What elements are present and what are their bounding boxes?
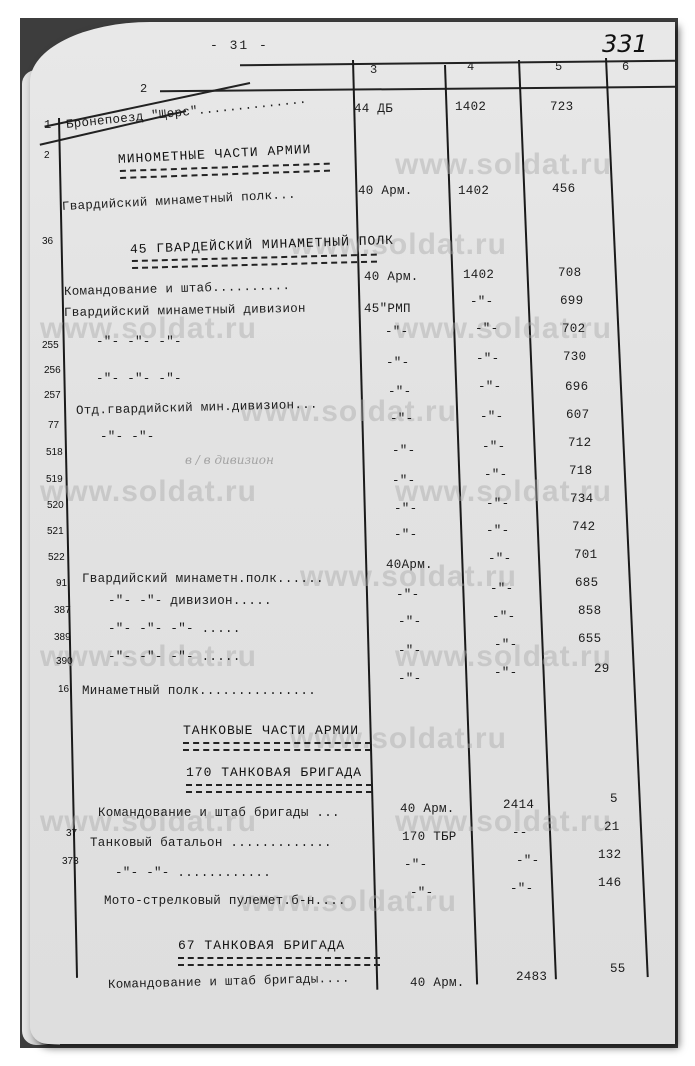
row-col4: 1402 — [463, 268, 494, 282]
row-col5: 21 — [604, 820, 620, 834]
section-heading-170-tank-brigade: 170 ТАНКОВАЯ БРИГАДА — [186, 765, 362, 780]
row-col4: -"- — [488, 552, 511, 566]
row-number: 36 — [42, 236, 53, 247]
row-col5: 132 — [598, 848, 621, 862]
row-number: 390 — [56, 656, 73, 667]
row-col3: 40 Арм. — [358, 184, 413, 198]
watermark: www.soldat.ru — [395, 148, 612, 182]
row-col3: -"- — [392, 444, 415, 458]
row-col3: -"- — [394, 502, 417, 516]
row-name: -"- -"- -"- — [96, 335, 182, 349]
row-name: Минаметный полк............... — [82, 684, 316, 698]
row-col3: -"- — [385, 325, 408, 339]
row-col5: 712 — [568, 436, 591, 450]
row-col3: -"- — [398, 672, 421, 686]
row-col3: -"- — [392, 474, 415, 488]
row-name: Гвардийский минаметн.полк...... — [82, 572, 324, 586]
row-col5: 146 — [598, 876, 621, 890]
row-col4: -"- — [486, 524, 509, 538]
row-name: Танковый батальон ............. — [90, 836, 332, 850]
row-col5: 730 — [563, 350, 586, 364]
row-number: 521 — [47, 526, 64, 537]
row-name: Командование и штаб бригады ... — [98, 806, 340, 820]
row-col5: 685 — [575, 576, 598, 590]
row-col5: 701 — [574, 548, 597, 562]
heading-underline — [183, 742, 371, 751]
row-col3: 44 ДБ — [354, 102, 393, 116]
row-col3: -"- — [398, 615, 421, 629]
row-name: Мото-стрелковый пулемет.б-н.... — [104, 894, 346, 908]
row-col4: -"- — [484, 468, 507, 482]
row-number: 91 — [56, 578, 67, 589]
row-number: 520 — [47, 500, 64, 511]
row-number: 16 — [58, 684, 69, 695]
row-col4: -"- — [478, 380, 501, 394]
row-number: 257 — [44, 390, 61, 401]
row-col4: 2483 — [516, 970, 547, 984]
row-col4: -"- — [494, 638, 517, 652]
pencil-annotation: в / в дивизион — [185, 453, 274, 467]
row-col5: 708 — [558, 266, 581, 280]
row-col4: -"- — [490, 582, 513, 596]
column-header-1: 1 — [44, 118, 51, 132]
page-number-typed: - 31 - — [210, 38, 269, 53]
row-name: -"- -"- — [100, 430, 155, 444]
row-col3: -"- — [394, 528, 417, 542]
row-col5: 29 — [594, 662, 610, 676]
row-col5: 718 — [569, 464, 592, 478]
row-col3: -"- — [398, 644, 421, 658]
watermark: www.soldat.ru — [40, 475, 257, 509]
row-name: -"- -"- дивизион..... — [108, 594, 272, 608]
heading-underline — [186, 784, 372, 793]
row-col4: -"- — [516, 854, 539, 868]
column-header-4: 4 — [467, 60, 474, 74]
row-col3: -"- — [390, 412, 413, 426]
row-name: -"- -"- -"- ..... — [108, 622, 241, 636]
row-number: 37 — [66, 828, 77, 839]
page-number-handwritten: 331 — [602, 30, 648, 58]
row-col4: -- — [512, 826, 528, 840]
row-col3: 40 Арм. — [410, 976, 465, 990]
row-col3: -"- — [404, 858, 427, 872]
row-col4: 1402 — [458, 184, 489, 198]
row-number: 2 — [44, 150, 50, 161]
row-col4: -"- — [475, 322, 498, 336]
row-col5: 699 — [560, 294, 583, 308]
row-col5: 5 — [610, 792, 618, 806]
row-col5: 655 — [578, 632, 601, 646]
row-col3: -"- — [410, 886, 433, 900]
heading-underline — [178, 957, 380, 966]
row-col5: 858 — [578, 604, 601, 618]
section-heading-tank-units: ТАНКОВЫЕ ЧАСТИ АРМИИ — [183, 723, 359, 738]
row-number: 255 — [42, 340, 59, 351]
row-col3: 45"РМП — [364, 302, 411, 316]
row-number: 373 — [62, 856, 79, 867]
row-number: 522 — [48, 552, 65, 563]
row-number: 256 — [44, 365, 61, 376]
row-col4: -"- — [486, 497, 509, 511]
column-header-5: 5 — [555, 60, 562, 74]
row-col4: 1402 — [455, 100, 486, 114]
section-heading-67-tank-brigade: 67 ТАНКОВАЯ БРИГАДА — [178, 938, 345, 953]
column-header-2: 2 — [140, 82, 147, 96]
row-name: -"- -"- ............ — [115, 866, 271, 880]
row-col5: 742 — [572, 520, 595, 534]
row-number: 389 — [54, 632, 71, 643]
column-header-3: 3 — [370, 63, 377, 77]
row-col4: -"- — [480, 410, 503, 424]
row-number: 519 — [46, 474, 63, 485]
row-name: -"- -"- -"- ..... — [108, 650, 241, 664]
row-col5: 702 — [562, 322, 585, 336]
row-number: 77 — [48, 420, 59, 431]
row-col3: -"- — [388, 385, 411, 399]
row-col3: 40Арм. — [386, 558, 433, 572]
row-col4: -"- — [470, 295, 493, 309]
row-col3: -"- — [396, 588, 419, 602]
row-number: 518 — [46, 447, 63, 458]
row-col3: 170 ТБР — [402, 830, 457, 844]
row-col4: -"- — [482, 440, 505, 454]
row-name: -"- -"- -"- — [96, 372, 182, 386]
row-col3: -"- — [386, 356, 409, 370]
row-col5: 696 — [565, 380, 588, 394]
row-col4: 2414 — [503, 798, 534, 812]
row-col5: 607 — [566, 408, 589, 422]
column-header-6: 6 — [622, 60, 629, 74]
row-col5: 734 — [570, 492, 593, 506]
row-col4: -"- — [510, 882, 533, 896]
row-number: 387 — [54, 605, 71, 616]
row-col4: -"- — [492, 610, 515, 624]
row-col3: 40 Арм. — [364, 270, 419, 284]
row-col4: -"- — [494, 666, 517, 680]
row-col3: 40 Арм. — [400, 802, 455, 816]
row-col4: -"- — [476, 352, 499, 366]
row-col5: 55 — [610, 962, 626, 976]
row-col5: 456 — [552, 182, 575, 196]
row-col5: 723 — [550, 100, 573, 114]
